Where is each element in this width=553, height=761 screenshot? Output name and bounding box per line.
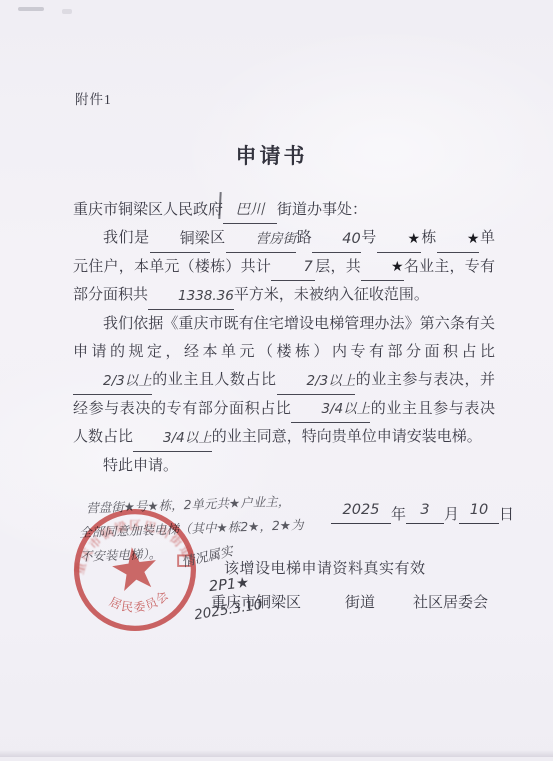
scan-smudge: [62, 9, 72, 14]
road-number-blank: 40: [312, 226, 360, 253]
org-street: 街道: [345, 595, 375, 611]
salutation-text: 重庆市铜梁区人民政府: [73, 202, 223, 218]
area-ratio-fill-2: 3/4以上: [321, 401, 370, 417]
p2-text: 路: [296, 230, 312, 246]
floors-fill: 7: [303, 259, 312, 275]
owner-ratio-fill-1: 2/3以上: [307, 373, 356, 389]
owner-ratio-blank-1: 2/3以上: [277, 368, 356, 395]
day-label: 日: [499, 507, 514, 523]
district-blank: 铜梁: [150, 226, 210, 253]
unit-blank: ★: [437, 226, 480, 253]
area-ratio-fill-1: 2/3以上: [103, 373, 152, 389]
scan-bottom-shadow: [0, 750, 553, 757]
owner-ratio-blank-2: 3/4以上: [133, 425, 212, 452]
document-body: 重庆市铜梁区人民政府巴川街道办事处： 我们是铜梁区营房街路40号★栋★单元住户，…: [73, 196, 495, 480]
area-blank: 1338.36: [148, 283, 234, 310]
residents-committee-seal: 重庆市铜梁区巴川街道 居民委员会: [59, 494, 210, 645]
p2-text: 区: [210, 230, 226, 246]
seal-bottom-text: 居民委员会: [106, 586, 174, 618]
paragraph-address: 我们是铜梁区营房街路40号★栋★单元住户，本单元（楼栋）共计7层，共★名业主，专…: [73, 224, 495, 309]
building-fill-redacted: ★: [408, 231, 421, 247]
month-blank: 3: [406, 497, 444, 524]
p2-text: 层，共: [315, 259, 361, 275]
road-blank: 营房街: [226, 226, 297, 253]
area-ratio-blank-1: 2/3以上: [73, 368, 152, 395]
attachment-label: 附件1: [75, 88, 112, 108]
salutation-line: 重庆市铜梁区人民政府巴川街道办事处：: [73, 196, 495, 224]
street-office-blank: 巴川: [223, 197, 277, 224]
scan-smudge: [18, 7, 44, 11]
seal-star-icon: [110, 544, 160, 592]
org-committee: 社区居委会: [413, 595, 488, 611]
road-fill: 营房街: [256, 231, 297, 247]
page-title: 申请书: [0, 140, 543, 170]
closing-line: 特此申请。: [73, 452, 495, 480]
certification-statement: 该增设电梯申请资料真实有效: [224, 557, 426, 578]
p2-text: 栋: [421, 230, 437, 246]
owners-count-redacted: ★: [391, 259, 404, 275]
unit-fill-redacted: ★: [467, 231, 480, 247]
road-number-fill: 40: [342, 231, 360, 247]
org-district: 重庆市铜梁区: [211, 595, 301, 611]
day-blank: 10: [459, 497, 499, 524]
p3-text: 我们依据《重庆市既有住宅增设电梯管理办法》第六条有关申请的规定，经本单元（楼栋）…: [73, 316, 495, 360]
district-fill: 铜梁: [180, 231, 210, 247]
year-label: 年: [391, 507, 406, 523]
p3-text: 的业主且人数占比: [152, 372, 277, 388]
floors-blank: 7: [271, 254, 315, 281]
day-fill: 10: [470, 502, 488, 518]
p2-text: 号: [361, 230, 377, 246]
paragraph-legal-basis: 我们依据《重庆市既有住宅增设电梯管理办法》第六条有关申请的规定，经本单元（楼栋）…: [73, 310, 495, 452]
month-label: 月: [444, 507, 459, 523]
owner-ratio-fill-2: 3/4以上: [163, 430, 212, 446]
street-office-fill: 巴川: [236, 202, 265, 218]
area-fill: 1338.36: [178, 288, 234, 304]
p3-text: 的业主同意，特向贵单位申请安装电梯。: [212, 429, 482, 445]
p2-text: 平方米，未被纳入征收范围。: [234, 287, 429, 303]
owners-count-blank: ★: [361, 254, 404, 281]
p2-text: 我们是: [103, 230, 150, 246]
area-ratio-blank-2: 3/4以上: [291, 396, 370, 423]
salutation-suffix: 街道办事处：: [277, 202, 367, 218]
month-fill: 3: [420, 502, 429, 518]
scanned-application-document: 附件1 申请书 重庆市铜梁区人民政府巴川街道办事处： 我们是铜梁区营房街路40号…: [0, 0, 553, 761]
certification-org-line: 重庆市铜梁区街道社区居委会: [211, 591, 488, 612]
building-blank: ★: [377, 226, 421, 253]
